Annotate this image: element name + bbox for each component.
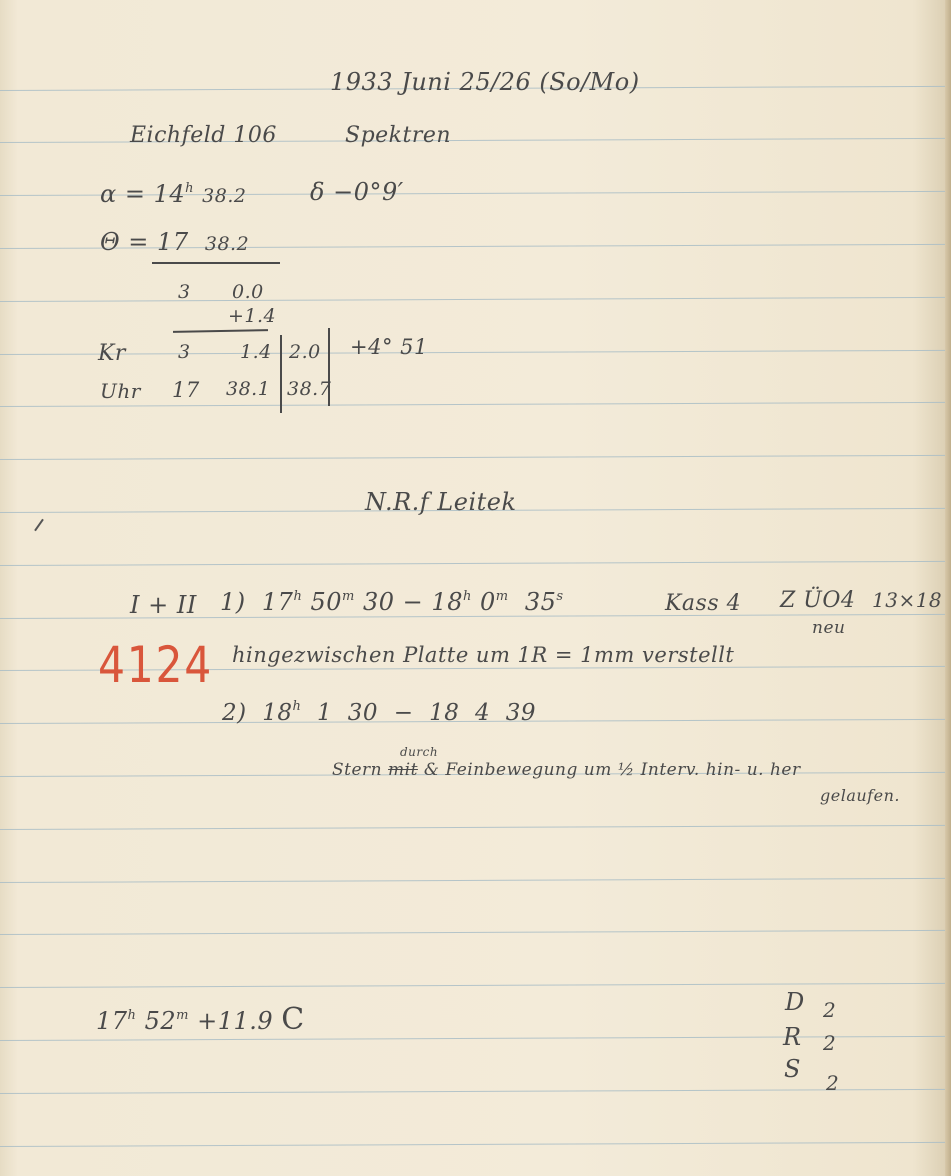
sum-line [173, 329, 268, 333]
sidereal-time: Θ = 17 38.2 [100, 230, 249, 254]
right-ascension: α = 14h 38.2 [100, 182, 246, 206]
theta-minutes: 38.2 [205, 233, 249, 255]
exposure-1-number: 1) [220, 588, 246, 616]
ra-minutes: 38.2 [202, 185, 246, 207]
kr-label: Kr [98, 343, 126, 365]
temperature-reading: 17h 52m +11.9 C [96, 1005, 305, 1035]
exposure-2-number: 2) [222, 700, 247, 726]
plate-number: 4124 [98, 640, 213, 690]
ruled-line [0, 825, 951, 830]
plate-size: 13×18 [872, 590, 942, 610]
note-rest: & Feinbewegung um ½ Interv. hin- u. her [424, 760, 801, 780]
tally-label-d: D [785, 990, 805, 1014]
tally-label-s: S [784, 1057, 801, 1081]
ruled-line [0, 402, 951, 407]
reading-hour: 17 [96, 1007, 128, 1035]
field-title: Eichfeld 106 [130, 125, 277, 147]
tally-value-r: 2 [823, 1033, 836, 1053]
end-second: 35 [525, 588, 557, 616]
start-minute: 1 [317, 700, 332, 726]
end-hour: 18 [431, 588, 463, 616]
guiding-note-end: gelaufen. [820, 788, 900, 804]
uhr-b: 38.1 [226, 380, 270, 399]
reading-value: +11.9 [197, 1007, 273, 1035]
reading-unit: C [281, 1002, 304, 1037]
ruled-line [0, 1036, 951, 1041]
ruled-line [0, 1142, 951, 1147]
instrument-label: I + II [130, 593, 197, 617]
plate-type: Z ÜO4 [780, 590, 855, 612]
calc-row1-a: 3 [178, 283, 191, 302]
ruled-line [0, 878, 951, 883]
section-title: N.R.f Leitek [365, 490, 517, 514]
kr-d: +4° 51 [350, 337, 428, 358]
tally-label-r: R [783, 1025, 802, 1049]
date-heading: 1933 Juni 25/26 (So/Mo) [330, 70, 640, 94]
calc-row1-b: 0.0 [232, 283, 264, 302]
note-star: Stern [332, 760, 382, 780]
kr-b: 1.4 [240, 343, 272, 362]
uhr-c: 38.7 [287, 380, 331, 399]
inserted-word: durch [400, 746, 438, 758]
start-minute: 50 [310, 588, 342, 616]
note-plate-shift: hingezwischen Platte um 1R = 1mm verstel… [232, 645, 734, 666]
cassette-label: Kass 4 [665, 593, 741, 615]
ruled-line [0, 1089, 951, 1094]
reading-minute: 52 [145, 1007, 177, 1035]
tally-value-d: 2 [823, 1000, 836, 1020]
guiding-note: Stern mit & Feinbewegung um ½ Interv. hi… [332, 762, 801, 779]
start-hour: 18 [262, 700, 292, 726]
uhr-label: Uhr [100, 381, 141, 401]
column-divider [328, 328, 330, 406]
notebook-page: 1933 Juni 25/26 (So/Mo) Eichfeld 106 Spe… [0, 0, 951, 1176]
range-dash: − [403, 588, 424, 616]
ruled-line [0, 455, 951, 460]
end-minute: 0 [480, 588, 496, 616]
end-hour: 18 [429, 700, 459, 726]
underline [152, 262, 280, 264]
struck-word: mit [388, 760, 418, 780]
calc-row2-b: +1.4 [228, 307, 276, 326]
exposure-2: 2) 18h 1 30 − 18 4 39 [222, 700, 536, 725]
range-dash: − [394, 700, 414, 726]
start-second: 30 [348, 700, 378, 726]
pencil-mark [34, 519, 44, 532]
theta-label: Θ = 17 [100, 228, 189, 256]
ruled-line [0, 297, 951, 302]
end-minute: 4 [475, 700, 490, 726]
end-second: 39 [506, 700, 536, 726]
column-divider [280, 335, 282, 413]
start-second: 30 [363, 588, 395, 616]
kr-a: 3 [178, 343, 191, 362]
declination: δ −0°9′ [310, 180, 404, 204]
ra-label: α = 14 [100, 180, 185, 208]
ruled-line [0, 350, 951, 355]
field-subtitle: Spektren [345, 125, 451, 147]
exposure-1: 1) 17h 50m 30 − 18h 0m 35s [220, 590, 564, 614]
kr-c: 2.0 [289, 343, 321, 362]
uhr-a: 17 [172, 380, 200, 401]
ruled-line [0, 930, 951, 935]
notebook-spine [945, 0, 951, 1176]
plate-note: neu [812, 620, 845, 637]
tally-value-s: 2 [826, 1073, 839, 1093]
ra-unit: h [185, 181, 194, 196]
start-hour: 17 [262, 588, 294, 616]
ruled-line [0, 983, 951, 988]
ruled-line [0, 561, 951, 566]
